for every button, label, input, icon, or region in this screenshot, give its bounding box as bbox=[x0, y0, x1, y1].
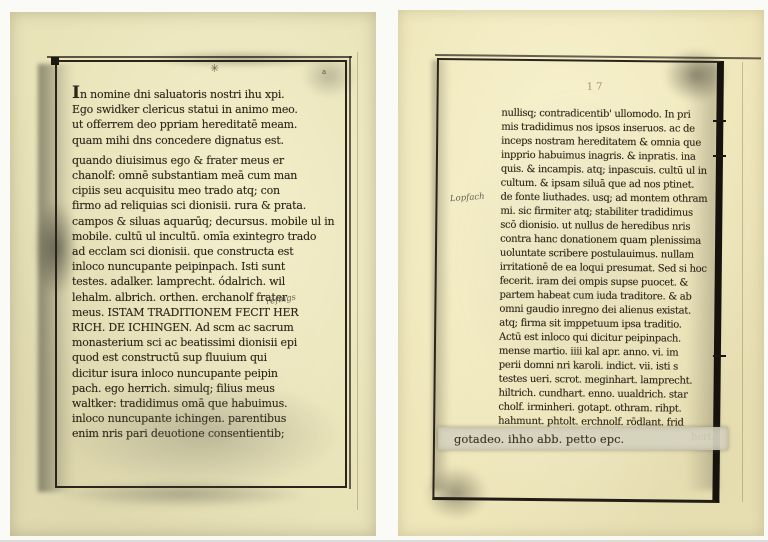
left-page: ✳ a In nomine dni saluatoris nostri ihu … bbox=[10, 12, 376, 536]
manuscript-text-line: quod est constructū sup fluuium qui bbox=[72, 350, 346, 365]
manuscript-text-line: quam mihi dns concedere dignatus est. bbox=[72, 133, 346, 148]
manuscript-text-line: inloco nuncupante ichingen. parentibus bbox=[72, 411, 346, 426]
manuscript-text-line: campos & siluas aquarūq; decursus. mobil… bbox=[72, 214, 346, 229]
manuscript-text-line: testes. adalker. lamprecht. ódalrich. wi… bbox=[72, 274, 346, 289]
folio-number: 17 bbox=[587, 82, 606, 93]
quire-mark: ✳ bbox=[210, 62, 219, 75]
folio-letter: a bbox=[322, 68, 326, 76]
manuscript-text-line: mobile. cultū ul incultū. omīa exintegro… bbox=[72, 229, 346, 244]
page-edge-line bbox=[742, 62, 743, 502]
manuscript-text-line: pach. ego herrich. simulq; filius meus bbox=[72, 381, 346, 396]
manuscript-text-line: meus. ISTAM TRADITIONEM FECIT HER bbox=[72, 305, 346, 320]
prick-mark bbox=[713, 355, 726, 357]
frame-corner-mark bbox=[51, 57, 59, 65]
manuscript-text-line: firmo ad reliquias sci dionisii. rura & … bbox=[72, 198, 346, 213]
left-page-text: In nomine dni saluatoris nostri ihu xpi.… bbox=[72, 86, 346, 442]
prick-mark bbox=[713, 155, 726, 157]
manuscript-text-line: enim nris pari deuotione consentientib; bbox=[72, 426, 346, 441]
manuscript-text-line: Ego swidker clericus statui in animo meo… bbox=[72, 102, 346, 117]
decorated-initial: I bbox=[72, 83, 80, 103]
manuscript-text-line: In nomine dni saluatoris nostri ihu xpi. bbox=[72, 86, 346, 102]
right-page: 17 nullisq; contradicentib' ullomodo. In… bbox=[398, 10, 764, 536]
manuscript-text-line: ut offerrem deo ppriam hereditatē meam. bbox=[72, 117, 346, 132]
manuscript-text-line: inloco nuncupante peipinpach. Isti sunt bbox=[72, 259, 346, 274]
manuscript-text-line: RICH. DE ICHINGEN. Ad scm ac sacrum bbox=[72, 320, 346, 335]
manuscript-photo: ✳ a In nomine dni saluatoris nostri ihu … bbox=[0, 0, 768, 542]
manuscript-text-line: monasterium sci ac beatissimi dionisii e… bbox=[72, 335, 346, 350]
manuscript-text-line: quando diuisimus ego & frater meus er bbox=[72, 153, 346, 168]
manuscript-text-line: cipiis seu acquisitu meo trado atq; con bbox=[72, 183, 346, 198]
right-page-text: nullisq; contradicentib' ullomodo. In pr… bbox=[498, 107, 718, 445]
manuscript-text-line: dicitur isura inloco nuncupante peipin bbox=[72, 366, 346, 381]
manuscript-text-line: lehalm. albrich. orthen. erchanolf frate… bbox=[72, 290, 346, 305]
prick-mark bbox=[713, 120, 726, 122]
manuscript-text-line: ad ecclam sci dionisii. que constructa e… bbox=[72, 244, 346, 259]
manuscript-text-line: chanolf: omnē substantiam meā cum man bbox=[72, 168, 346, 183]
page-edge-line bbox=[357, 52, 358, 510]
manuscript-text-line: waltker: tradidimus omā que habuimus. bbox=[72, 396, 346, 411]
pasted-label-strip: gotadeo. ihho abb. petto epc. bbox=[438, 427, 728, 450]
label-strip-text: gotadeo. ihho abb. petto epc. bbox=[454, 432, 624, 446]
